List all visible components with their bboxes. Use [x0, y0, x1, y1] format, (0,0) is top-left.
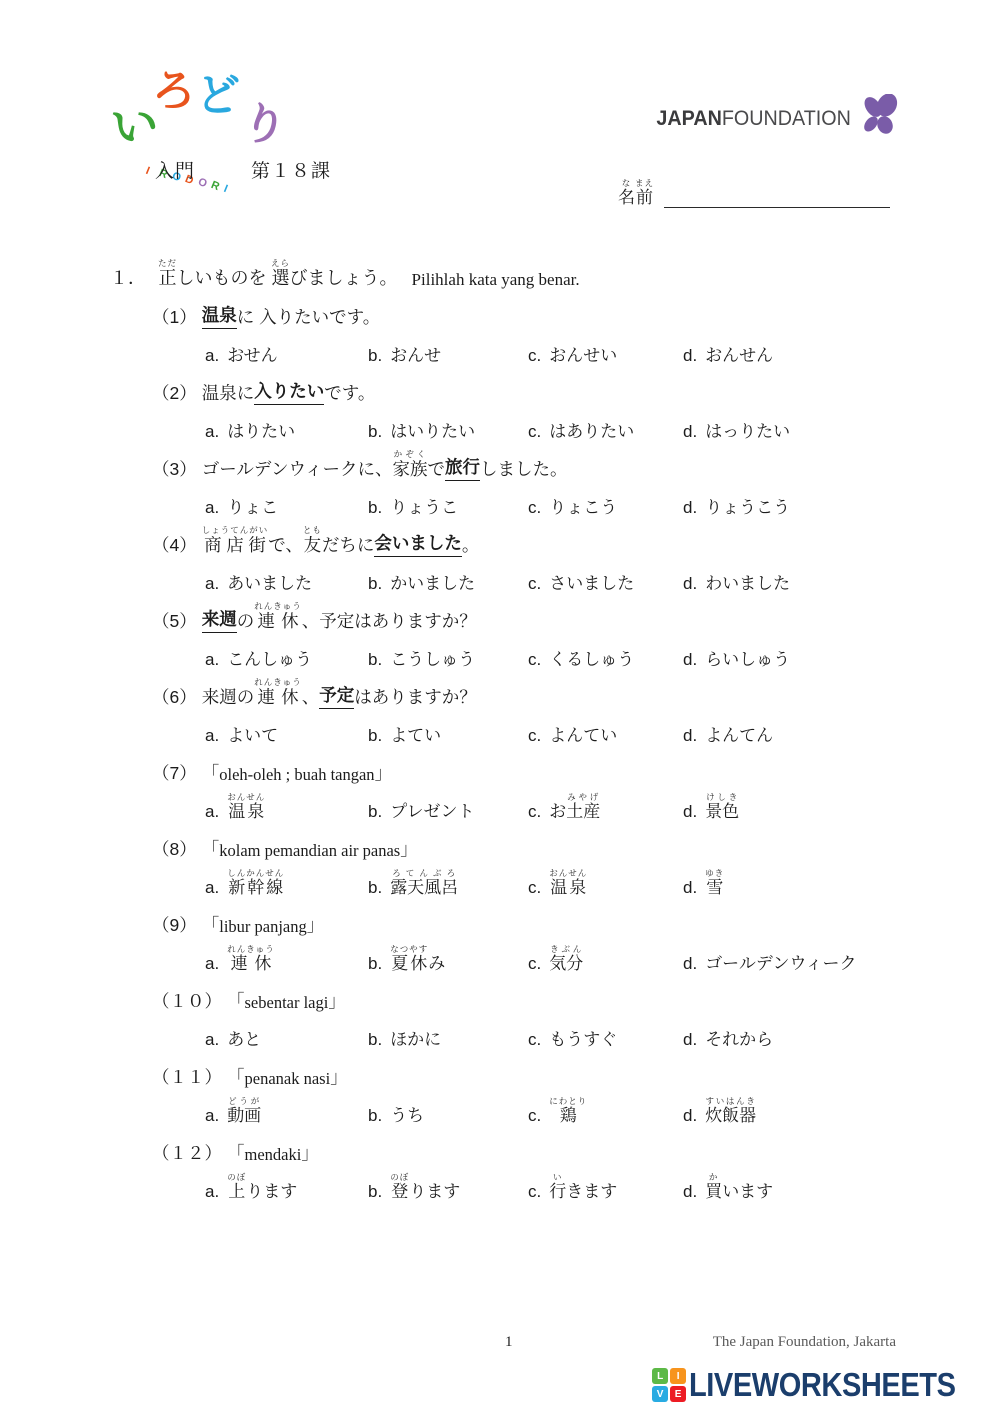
question-stem: （１２）「mendaki」 [152, 1126, 910, 1165]
course-level: 入門 [155, 161, 195, 182]
text-segment: だちに [322, 532, 375, 557]
text-segment: に 入りたいです。 [237, 304, 380, 329]
answer-option-b[interactable]: b.こうしゅう [368, 633, 528, 670]
text-segment: こんしゅう [227, 645, 312, 670]
text-segment: よんてん [705, 721, 773, 746]
text-segment: ります [409, 1177, 460, 1202]
option-label: c. [528, 878, 541, 898]
text-segment: 」 [328, 988, 346, 1013]
text-segment: 連休れんきゅう [254, 677, 302, 709]
option-label: b. [368, 346, 382, 366]
text-segment: 名な [618, 188, 635, 207]
text-segment: 夏休なつやす [390, 944, 428, 974]
answer-option-a[interactable]: a.りょこ [205, 481, 368, 518]
text-segment: 露天風呂ろてんぶろ [390, 868, 458, 898]
answer-option-b[interactable]: b.プレゼント [368, 785, 528, 822]
text-segment: 温泉に [202, 380, 255, 405]
question-stem: （2）温泉に 入りたいです。 [152, 366, 910, 405]
text-segment: 選えら [272, 268, 290, 288]
question: （7）「oleh-oleh ; buah tangan」a.温泉おんせんb.プレ… [110, 746, 910, 822]
answer-option-d[interactable]: d.買かいます [683, 1165, 910, 1202]
text-segment: 友とも [303, 525, 322, 557]
text-segment: 連休れんきゅう [227, 944, 275, 974]
option-label: a. [205, 802, 219, 822]
text-segment: 新幹線しんかんせん [227, 868, 284, 898]
options-row: a.動画どうがb.うちc.鶏にわとりd.炊飯器すいはんき [205, 1089, 910, 1126]
option-label: b. [368, 726, 382, 746]
worksheet-page: いろどりIRODORI JAPANFOUNDATION 入門第１８課 名な前まえ… [0, 0, 1000, 1414]
footer-organization: The Japan Foundation, Jakarta [713, 1334, 896, 1351]
question-number: （１１） [152, 1064, 222, 1089]
option-label: a. [205, 422, 219, 442]
question: （9）「libur panjang」a.連休れんきゅうb.夏休なつやすみc.気分… [110, 898, 910, 974]
answer-option-b[interactable]: b.おんせ [368, 329, 528, 366]
option-label: c. [528, 954, 541, 974]
question-number: （2） [152, 380, 197, 405]
text-segment: 温泉 [202, 302, 237, 329]
option-label: a. [205, 1030, 219, 1050]
question-number: （3） [152, 456, 197, 481]
question: （2）温泉に 入りたいです。a.はりたいb.はいりたいc.はありたいd.はっりた… [110, 366, 910, 442]
option-label: a. [205, 346, 219, 366]
options-row: a.連休れんきゅうb.夏休なつやすみc.気分きぶんd.ゴールデンウィーク [205, 937, 910, 974]
answer-option-d[interactable]: d.おんせん [683, 329, 910, 366]
question-stem: （7）「oleh-oleh ; buah tangan」 [152, 746, 910, 785]
answer-option-c[interactable]: c.温泉おんせん [528, 861, 683, 898]
question: （1）温泉に 入りたいです。a.おせんb.おんせc.おんせいd.おんせん [110, 290, 910, 366]
text-segment: わいました [705, 569, 790, 594]
answer-option-a[interactable]: a.上のぼります [205, 1165, 368, 1202]
options-row: a.よいてb.よていc.よんていd.よんてん [205, 709, 910, 746]
text-segment: らいしゅう [705, 645, 790, 670]
text-segment: 上のぼ [227, 1172, 246, 1202]
option-label: c. [528, 650, 541, 670]
text-segment: りょうこう [705, 493, 790, 518]
option-label: c. [528, 498, 541, 518]
option-label: b. [368, 574, 382, 594]
option-label: d. [683, 574, 697, 594]
question-number: （5） [152, 608, 197, 633]
text-segment: の [237, 608, 255, 633]
name-label: 名な前まえ [618, 178, 654, 208]
text-segment: 、 [302, 684, 320, 709]
answer-option-c[interactable]: c.さいました [528, 557, 683, 594]
answer-option-b[interactable]: b.りょうこ [368, 481, 528, 518]
question-number: （1） [152, 304, 197, 329]
text-segment: さいました [549, 569, 634, 594]
text-segment: 」 [400, 836, 418, 861]
option-label: d. [683, 1182, 697, 1202]
name-line: 名な前まえ [618, 178, 890, 208]
text-segment: 連休れんきゅう [254, 601, 302, 633]
question: （4）商店街しょうてんがいで、友ともだちに 会いました。a.あいましたb.かいま… [110, 518, 910, 594]
text-segment: 「 [202, 760, 220, 785]
text-segment: ゴールデンウィークに、 [202, 456, 393, 481]
option-label: b. [368, 1182, 382, 1202]
question: （１２）「mendaki」a.上のぼりますb.登のぼりますc.行いきますd.買か… [110, 1126, 910, 1202]
text-segment: 炊飯器すいはんき [705, 1096, 756, 1126]
option-label: d. [683, 954, 697, 974]
text-segment: おんせ [390, 341, 441, 366]
question-stem: （5）来週の連休れんきゅう、予定はありますか？ [152, 594, 910, 633]
answer-option-b[interactable]: b.うち [368, 1089, 528, 1126]
text-segment: 気分きぶん [549, 944, 583, 974]
question: （8）「kolam pemandian air panas」a.新幹線しんかんせ… [110, 822, 910, 898]
text-segment: mendaki [245, 1145, 302, 1165]
japan-foundation-logo: JAPANFOUNDATION [644, 94, 902, 143]
answer-option-c[interactable]: c.行いきます [528, 1165, 683, 1202]
liveworksheets-square: E [670, 1386, 686, 1402]
text-segment: 鶏にわとり [549, 1096, 587, 1126]
text-segment: はっりたい [705, 417, 790, 442]
butterfly-petals [861, 94, 901, 136]
question: （3）ゴールデンウィークに、家族かぞくで 旅行しました。a.りょこb.りょうこc… [110, 442, 910, 518]
option-label: d. [683, 878, 697, 898]
text-segment: はありますか？ [354, 684, 477, 709]
irodori-char: ど [196, 74, 240, 118]
irodori-char: ろ [150, 68, 198, 116]
option-label: d. [683, 1030, 697, 1050]
option-label: b. [368, 954, 382, 974]
text-segment: くるしゅう [549, 645, 634, 670]
irodori-subtitle-letter: I [144, 166, 151, 177]
question-stem: （１０）「sebentar lagi」 [152, 974, 910, 1013]
text-segment: 来週 [202, 606, 237, 633]
answer-option-c[interactable]: c.気分きぶん [528, 937, 683, 974]
answer-option-a[interactable]: a.動画どうが [205, 1089, 368, 1126]
irodori-subtitle-letter: I [222, 184, 229, 195]
answer-option-d[interactable]: d.ゴールデンウィーク [683, 937, 910, 974]
option-label: d. [683, 498, 697, 518]
text-segment: もうすぐ [549, 1025, 617, 1050]
answer-option-d[interactable]: d.よんてん [683, 709, 910, 746]
answer-option-b[interactable]: b.はいりたい [368, 405, 528, 442]
japan-foundation-wordmark: JAPANFOUNDATION [657, 107, 851, 131]
answer-option-c[interactable]: c.りょこう [528, 481, 683, 518]
text-segment: はいりたい [390, 417, 475, 442]
section-number: １． [110, 264, 146, 290]
text-segment: で、 [268, 532, 303, 557]
lesson-number: 第１８課 [251, 161, 331, 182]
answer-option-a[interactable]: a.連休れんきゅう [205, 937, 368, 974]
text-segment: います [722, 1177, 773, 1202]
text-segment: 」 [375, 760, 393, 785]
text-segment: 行い [549, 1172, 566, 1202]
section-instruction-jp: 正ただしいものを 選えらびましょう。 [158, 258, 398, 290]
option-label: b. [368, 1030, 382, 1050]
text-segment: あと [227, 1025, 261, 1050]
text-segment: 予定 [319, 682, 354, 709]
main-content: １． 正ただしいものを 選えらびましょう。 Pilihlah kata yang… [110, 246, 910, 1202]
text-segment: 」 [330, 1064, 348, 1089]
text-segment: 買か [705, 1172, 722, 1202]
japan-foundation-word2: FOUNDATION [722, 107, 851, 130]
answer-option-a[interactable]: a.よいて [205, 709, 368, 746]
text-segment: 前まえ [635, 188, 654, 207]
option-label: a. [205, 650, 219, 670]
text-segment: ゴールデンウィーク [705, 949, 856, 974]
text-segment: おんせい [549, 341, 617, 366]
text-segment: 登のぼ [390, 1172, 409, 1202]
text-segment: よいて [227, 721, 278, 746]
text-segment: 景色けしき [705, 792, 739, 822]
option-label: b. [368, 498, 382, 518]
option-label: c. [528, 726, 541, 746]
answer-option-a[interactable]: a.あと [205, 1013, 368, 1050]
option-label: c. [528, 574, 541, 594]
text-segment: しました。 [480, 456, 568, 481]
option-label: c. [528, 346, 541, 366]
answer-option-d[interactable]: d.りょうこう [683, 481, 910, 518]
text-segment: おせん [227, 341, 278, 366]
text-segment: 入りたい [254, 378, 324, 405]
text-segment: 「 [227, 988, 245, 1013]
question-number: （4） [152, 532, 197, 557]
text-segment: penanak nasi [245, 1069, 331, 1089]
text-segment: 、予定はありますか？ [302, 608, 477, 633]
answer-option-b[interactable]: b.かいました [368, 557, 528, 594]
text-segment: 温泉おんせん [549, 868, 587, 898]
option-label: d. [683, 726, 697, 746]
liveworksheets-square: L [652, 1368, 668, 1384]
butterfly-icon [856, 94, 902, 143]
answer-option-d[interactable]: d.炊飯器すいはんき [683, 1089, 910, 1126]
text-segment: kolam pemandian air panas [219, 841, 400, 861]
text-segment: 雪ゆき [705, 868, 724, 898]
text-segment: 。 [462, 532, 480, 557]
text-segment: 土産みやげ [566, 792, 600, 822]
options-row: a.あいましたb.かいましたc.さいましたd.わいました [205, 557, 910, 594]
option-label: a. [205, 954, 219, 974]
answer-option-c[interactable]: c.お土産みやげ [528, 785, 683, 822]
text-segment: 「 [202, 912, 220, 937]
text-segment: oleh-oleh ; buah tangan [219, 765, 374, 785]
options-row: a.新幹線しんかんせんb.露天風呂ろてんぶろc.温泉おんせんd.雪ゆき [205, 861, 910, 898]
question-number: （7） [152, 760, 197, 785]
text-segment: よんてい [549, 721, 617, 746]
answer-option-c[interactable]: c.よんてい [528, 709, 683, 746]
text-segment: 「 [227, 1140, 245, 1165]
text-segment: 「 [202, 836, 220, 861]
text-segment: びましょう。 [290, 268, 398, 288]
text-segment: 」 [301, 1140, 319, 1165]
answer-option-d[interactable]: d.わいました [683, 557, 910, 594]
option-label: c. [528, 1106, 541, 1126]
option-label: d. [683, 422, 697, 442]
option-label: a. [205, 726, 219, 746]
text-segment: はりたい [227, 417, 295, 442]
answer-option-b[interactable]: b.ほかに [368, 1013, 528, 1050]
text-segment: sebentar lagi [245, 993, 329, 1013]
question-stem: （6）来週の連休れんきゅう、予定はありますか？ [152, 670, 910, 709]
text-segment: うち [390, 1101, 424, 1126]
options-row: a.上のぼりますb.登のぼりますc.行いきますd.買かいます [205, 1165, 910, 1202]
text-segment: おんせん [705, 341, 773, 366]
option-label: d. [683, 346, 697, 366]
answer-option-c[interactable]: c.おんせい [528, 329, 683, 366]
options-row: a.りょこb.りょうこc.りょこうd.りょうこう [205, 481, 910, 518]
name-input-line[interactable] [664, 185, 890, 208]
text-segment: 動画どうが [227, 1096, 261, 1126]
liveworksheets-square: V [652, 1386, 668, 1402]
text-segment: 商店街しょうてんがい [202, 525, 269, 557]
irodori-char: り [238, 100, 290, 152]
text-segment: です。 [324, 380, 375, 405]
text-segment: それから [705, 1025, 773, 1050]
answer-option-a[interactable]: a.はりたい [205, 405, 368, 442]
answer-option-c[interactable]: c.はありたい [528, 405, 683, 442]
answer-option-a[interactable]: a.こんしゅう [205, 633, 368, 670]
question-stem: （１１）「penanak nasi」 [152, 1050, 910, 1089]
answer-option-d[interactable]: d.はっりたい [683, 405, 910, 442]
option-label: a. [205, 574, 219, 594]
answer-option-c[interactable]: c.鶏にわとり [528, 1089, 683, 1126]
text-segment: み [428, 949, 445, 974]
section-instruction-latin: Pilihlah kata yang benar. [412, 270, 580, 290]
liveworksheets-wordmark: LIVEWORKSHEETS [689, 1366, 956, 1404]
answer-option-d[interactable]: d.雪ゆき [683, 861, 910, 898]
option-label: b. [368, 650, 382, 670]
text-segment: きます [566, 1177, 617, 1202]
question: （１１）「penanak nasi」a.動画どうがb.うちc.鶏にわとりd.炊飯… [110, 1050, 910, 1126]
answer-option-b[interactable]: b.露天風呂ろてんぶろ [368, 861, 528, 898]
question-stem: （4）商店街しょうてんがいで、友ともだちに 会いました。 [152, 518, 910, 557]
answer-option-a[interactable]: a.おせん [205, 329, 368, 366]
option-label: d. [683, 802, 697, 822]
option-label: c. [528, 422, 541, 442]
option-label: b. [368, 422, 382, 442]
option-label: a. [205, 498, 219, 518]
options-row: a.こんしゅうb.こうしゅうc.くるしゅうd.らいしゅう [205, 633, 910, 670]
answer-option-c[interactable]: c.もうすぐ [528, 1013, 683, 1050]
question: （6）来週の連休れんきゅう、予定はありますか？a.よいてb.よていc.よんていd… [110, 670, 910, 746]
answer-option-a[interactable]: a.新幹線しんかんせん [205, 861, 368, 898]
option-label: c. [528, 1182, 541, 1202]
options-row: a.あとb.ほかにc.もうすぐd.それから [205, 1013, 910, 1050]
answer-option-a[interactable]: a.温泉おんせん [205, 785, 368, 822]
question-stem: （8）「kolam pemandian air panas」 [152, 822, 910, 861]
option-label: c. [528, 1030, 541, 1050]
answer-option-b[interactable]: b.夏休なつやすみ [368, 937, 528, 974]
text-segment: で [427, 456, 445, 481]
text-segment: libur panjang [219, 917, 307, 937]
question-number: （１０） [152, 988, 222, 1013]
page-number: 1 [505, 1334, 513, 1351]
options-row: a.はりたいb.はいりたいc.はありたいd.はっりたい [205, 405, 910, 442]
text-segment: よてい [390, 721, 441, 746]
question-stem: （9）「libur panjang」 [152, 898, 910, 937]
option-label: d. [683, 650, 697, 670]
answer-option-b[interactable]: b.登のぼります [368, 1165, 528, 1202]
option-label: d. [683, 1106, 697, 1126]
text-segment: りょこ [227, 493, 278, 518]
text-segment: こうしゅう [390, 645, 475, 670]
text-segment: 旅行 [445, 454, 480, 481]
text-segment: 」 [307, 912, 325, 937]
text-segment: ほかに [390, 1025, 441, 1050]
question: （１０）「sebentar lagi」a.あとb.ほかにc.もうすぐd.それから [110, 974, 910, 1050]
text-segment: プレゼント [390, 797, 474, 822]
question-number: （6） [152, 684, 197, 709]
text-segment: しいものを [177, 268, 272, 288]
liveworksheets-logo[interactable]: LIVE LIVEWORKSHEETS [652, 1366, 992, 1404]
text-segment: かいました [390, 569, 475, 594]
text-segment: ります [246, 1177, 297, 1202]
question-number: （9） [152, 912, 197, 937]
option-label: a. [205, 1182, 219, 1202]
text-segment: はありたい [549, 417, 634, 442]
liveworksheets-icon: LIVE [652, 1368, 686, 1402]
answer-option-b[interactable]: b.よてい [368, 709, 528, 746]
answer-option-d[interactable]: d.らいしゅう [683, 633, 910, 670]
text-segment: 「 [227, 1064, 245, 1089]
question-stem: （1）温泉に 入りたいです。 [152, 290, 910, 329]
option-label: c. [528, 802, 541, 822]
section-head: １． 正ただしいものを 選えらびましょう。 Pilihlah kata yang… [110, 246, 910, 290]
japan-foundation-word1: JAPAN [657, 107, 722, 130]
option-label: a. [205, 1106, 219, 1126]
text-segment: 来週の [202, 684, 255, 709]
answer-option-d[interactable]: d.それから [683, 1013, 910, 1050]
options-row: a.温泉おんせんb.プレゼントc.お土産みやげd.景色けしき [205, 785, 910, 822]
question-number: （１２） [152, 1140, 222, 1165]
text-segment: 会いました [374, 530, 462, 557]
option-label: a. [205, 878, 219, 898]
question: （5）来週の連休れんきゅう、予定はありますか？a.こんしゅうb.こうしゅうc.く… [110, 594, 910, 670]
questions: （1）温泉に 入りたいです。a.おせんb.おんせc.おんせいd.おんせん（2）温… [110, 290, 910, 1202]
text-segment: 家族かぞく [392, 449, 427, 481]
text-segment: りょうこ [390, 493, 458, 518]
option-label: b. [368, 1106, 382, 1126]
option-label: b. [368, 878, 382, 898]
liveworksheets-square: I [670, 1368, 686, 1384]
option-label: b. [368, 802, 382, 822]
answer-option-a[interactable]: a.あいました [205, 557, 368, 594]
text-segment: 温泉おんせん [227, 792, 265, 822]
answer-option-c[interactable]: c.くるしゅう [528, 633, 683, 670]
options-row: a.おせんb.おんせc.おんせいd.おんせん [205, 329, 910, 366]
text-segment: お [549, 797, 566, 822]
answer-option-d[interactable]: d.景色けしき [683, 785, 910, 822]
question-number: （8） [152, 836, 197, 861]
text-segment: あいました [227, 569, 312, 594]
lesson-line: 入門第１８課 [155, 156, 331, 183]
question-stem: （3）ゴールデンウィークに、家族かぞくで 旅行しました。 [152, 442, 910, 481]
text-segment: りょこう [549, 493, 617, 518]
text-segment: 正ただ [158, 268, 177, 288]
